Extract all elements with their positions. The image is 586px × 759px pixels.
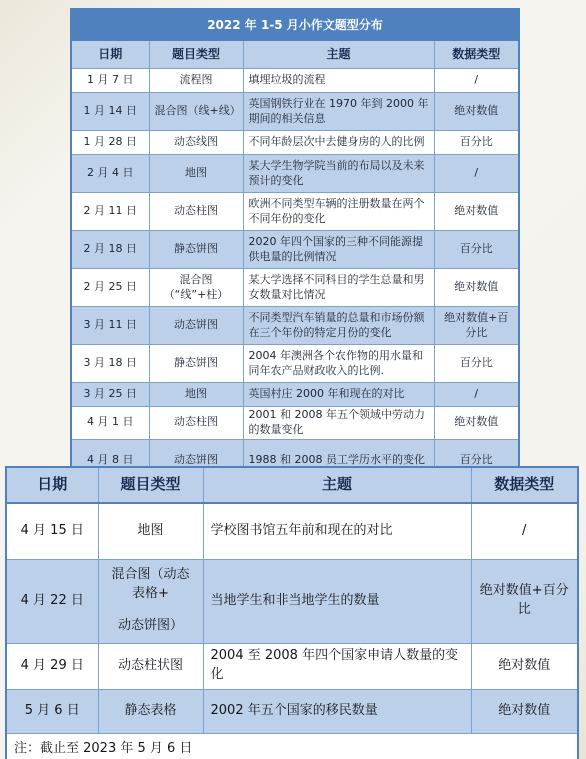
cell-datatype: 绝对数值+百分比 bbox=[434, 307, 519, 345]
cell-type: 静态饼图 bbox=[149, 345, 243, 383]
cell-date: 4 月 22 日 bbox=[6, 559, 98, 643]
table-row: 2 月 11 日 动态柱图 欧洲不同类型车辆的注册数量在两个不同年份的变化 绝对… bbox=[71, 193, 519, 231]
cell-type: 混合图（线+线） bbox=[149, 93, 243, 131]
cell-topic: 当地学生和非当地学生的数量 bbox=[203, 559, 471, 643]
cell-date: 2 月 11 日 bbox=[71, 193, 149, 231]
cell-type: 动态线图 bbox=[149, 131, 243, 155]
cell-type: 混合图（动态表格+ 动态饼图） bbox=[98, 559, 203, 643]
table-row: 1 月 7 日 流程图 填埋垃圾的流程 / bbox=[71, 69, 519, 93]
cell-date: 1 月 7 日 bbox=[71, 69, 149, 93]
cell-date: 3 月 25 日 bbox=[71, 383, 149, 407]
column-header-date: 日期 bbox=[6, 467, 98, 503]
table-row: 3 月 11 日 动态饼图 不同类型汽车销量的总量和市场份额在三个年份的特定月份… bbox=[71, 307, 519, 345]
cell-datatype: 绝对数值 bbox=[434, 407, 519, 440]
table-title: 2022 年 1-5 月小作文题型分布 bbox=[71, 9, 519, 41]
cell-topic: 某大学选择不同科目的学生总量和男女数量对比情况 bbox=[243, 269, 434, 307]
cell-type-line2: 动态饼图） bbox=[106, 617, 196, 636]
cell-topic: 2020 年四个国家的三种不同能源提供电量的比例情况 bbox=[243, 231, 434, 269]
column-header-topic: 主题 bbox=[203, 467, 471, 503]
cell-topic: 欧洲不同类型车辆的注册数量在两个不同年份的变化 bbox=[243, 193, 434, 231]
column-header-date: 日期 bbox=[71, 41, 149, 69]
cell-date: 2 月 18 日 bbox=[71, 231, 149, 269]
cell-date: 1 月 14 日 bbox=[71, 93, 149, 131]
cell-date: 4 月 1 日 bbox=[71, 407, 149, 440]
column-header-type: 题目类型 bbox=[98, 467, 203, 503]
cell-datatype: 百分比 bbox=[434, 231, 519, 269]
cell-type: 地图 bbox=[149, 383, 243, 407]
cell-type: 混合图（“线”+柱） bbox=[149, 269, 243, 307]
table-row: 2 月 25 日 混合图（“线”+柱） 某大学选择不同科目的学生总量和男女数量对… bbox=[71, 269, 519, 307]
cell-date: 5 月 6 日 bbox=[6, 689, 98, 733]
cell-datatype: 百分比 bbox=[434, 345, 519, 383]
header-row: 日期 题目类型 主题 数据类型 bbox=[71, 41, 519, 69]
cell-type: 地图 bbox=[98, 503, 203, 559]
column-header-datatype: 数据类型 bbox=[471, 467, 578, 503]
cell-datatype: / bbox=[434, 383, 519, 407]
table-row: 4 月 1 日 动态柱图 2001 和 2008 年五个领域中劳动力的数量变化 … bbox=[71, 407, 519, 440]
cell-type: 动态柱图 bbox=[149, 193, 243, 231]
cell-topic: 2001 和 2008 年五个领域中劳动力的数量变化 bbox=[243, 407, 434, 440]
footnote: 注：截止至 2023 年 5 月 6 日 bbox=[6, 733, 578, 759]
cell-datatype: 绝对数值 bbox=[471, 689, 578, 733]
cell-type-line1: 混合图（动态表格+ bbox=[106, 566, 196, 604]
cell-date: 4 月 29 日 bbox=[6, 643, 98, 689]
cell-datatype: / bbox=[471, 503, 578, 559]
table-row: 4 月 15 日 地图 学校图书馆五年前和现在的对比 / bbox=[6, 503, 578, 559]
cell-type: 动态饼图 bbox=[149, 307, 243, 345]
cell-type: 流程图 bbox=[149, 69, 243, 93]
cell-type: 动态柱图 bbox=[149, 407, 243, 440]
table-row: 1 月 14 日 混合图（线+线） 英国钢铁行业在 1970 年到 2000 年… bbox=[71, 93, 519, 131]
cell-type: 静态饼图 bbox=[149, 231, 243, 269]
table-title-row: 2022 年 1-5 月小作文题型分布 bbox=[71, 9, 519, 41]
cell-type: 静态表格 bbox=[98, 689, 203, 733]
essay-type-table-apr-may: 日期 题目类型 主题 数据类型 4 月 15 日 地图 学校图书馆五年前和现在的… bbox=[5, 466, 579, 759]
column-header-type: 题目类型 bbox=[149, 41, 243, 69]
cell-datatype: 绝对数值 bbox=[434, 93, 519, 131]
cell-topic: 不同类型汽车销量的总量和市场份额在三个年份的特定月份的变化 bbox=[243, 307, 434, 345]
table-row: 2 月 18 日 静态饼图 2020 年四个国家的三种不同能源提供电量的比例情况… bbox=[71, 231, 519, 269]
cell-topic: 填埋垃圾的流程 bbox=[243, 69, 434, 93]
table-row: 3 月 25 日 地图 英国村庄 2000 年和现在的对比 / bbox=[71, 383, 519, 407]
cell-topic: 2002 年五个国家的移民数量 bbox=[203, 689, 471, 733]
cell-datatype: / bbox=[434, 69, 519, 93]
cell-date: 3 月 18 日 bbox=[71, 345, 149, 383]
cell-date: 2 月 25 日 bbox=[71, 269, 149, 307]
table-row: 2 月 4 日 地图 某大学生物学院当前的布局以及未来预计的变化 / bbox=[71, 155, 519, 193]
header-row: 日期 题目类型 主题 数据类型 bbox=[6, 467, 578, 503]
cell-datatype: 绝对数值 bbox=[471, 643, 578, 689]
cell-topic: 英国村庄 2000 年和现在的对比 bbox=[243, 383, 434, 407]
table-row: 5 月 6 日 静态表格 2002 年五个国家的移民数量 绝对数值 bbox=[6, 689, 578, 733]
cell-type: 地图 bbox=[149, 155, 243, 193]
cell-topic: 2004 至 2008 年四个国家申请人数量的变化 bbox=[203, 643, 471, 689]
footnote-row: 注：截止至 2023 年 5 月 6 日 bbox=[6, 733, 578, 759]
page: 2022 年 1-5 月小作文题型分布 日期 题目类型 主题 数据类型 1 月 … bbox=[0, 0, 586, 759]
column-header-datatype: 数据类型 bbox=[434, 41, 519, 69]
cell-datatype: 绝对数值 bbox=[434, 193, 519, 231]
cell-datatype: 绝对数值 bbox=[434, 269, 519, 307]
cell-datatype: / bbox=[434, 155, 519, 193]
cell-topic: 不同年龄层次中去健身房的人的比例 bbox=[243, 131, 434, 155]
cell-topic: 某大学生物学院当前的布局以及未来预计的变化 bbox=[243, 155, 434, 193]
table-row: 1 月 28 日 动态线图 不同年龄层次中去健身房的人的比例 百分比 bbox=[71, 131, 519, 155]
table-row: 4 月 22 日 混合图（动态表格+ 动态饼图） 当地学生和非当地学生的数量 绝… bbox=[6, 559, 578, 643]
column-header-topic: 主题 bbox=[243, 41, 434, 69]
essay-type-table-jan-apr: 2022 年 1-5 月小作文题型分布 日期 题目类型 主题 数据类型 1 月 … bbox=[70, 8, 520, 482]
cell-topic: 2004 年澳洲各个农作物的用水量和同年农产品财政收入的比例. bbox=[243, 345, 434, 383]
cell-date: 2 月 4 日 bbox=[71, 155, 149, 193]
cell-datatype: 百分比 bbox=[434, 131, 519, 155]
cell-topic: 学校图书馆五年前和现在的对比 bbox=[203, 503, 471, 559]
cell-type: 动态柱状图 bbox=[98, 643, 203, 689]
cell-datatype: 绝对数值+百分比 bbox=[471, 559, 578, 643]
cell-date: 3 月 11 日 bbox=[71, 307, 149, 345]
table-row: 3 月 18 日 静态饼图 2004 年澳洲各个农作物的用水量和同年农产品财政收… bbox=[71, 345, 519, 383]
cell-date: 4 月 15 日 bbox=[6, 503, 98, 559]
cell-date: 1 月 28 日 bbox=[71, 131, 149, 155]
table-row: 4 月 29 日 动态柱状图 2004 至 2008 年四个国家申请人数量的变化… bbox=[6, 643, 578, 689]
cell-topic: 英国钢铁行业在 1970 年到 2000 年期间的相关信息 bbox=[243, 93, 434, 131]
